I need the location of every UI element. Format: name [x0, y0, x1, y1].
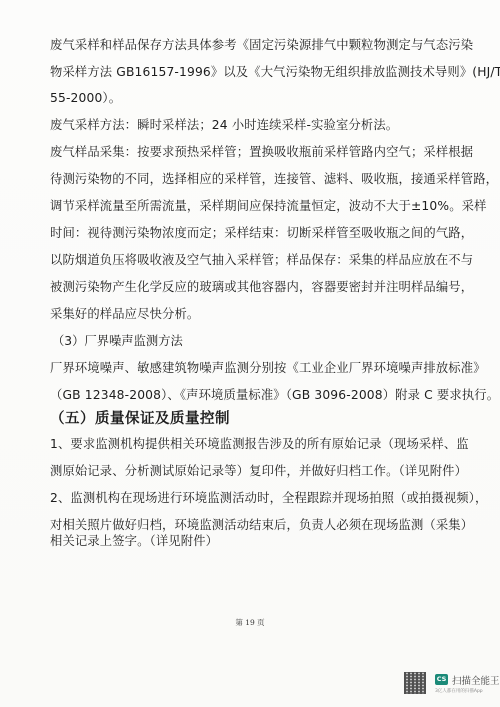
text-line: 相关记录上签字。（详见附件） — [50, 533, 218, 549]
subsection-heading: （3）厂界噪声监测方法 — [52, 333, 183, 349]
text-line: 采集好的样品应尽快分析。 — [50, 306, 199, 322]
text-line: 废气采样方法：瞬时采样法；24 小时连续采样-实验室分析法。 — [50, 117, 398, 133]
section-heading: （五）质量保证及质量控制 — [50, 410, 230, 428]
text-line: 被测污染物产生化学反应的玻璃或其他容器内，容器要密封并注明样品编号， — [50, 279, 473, 295]
text-line: 测原始记录、分析测试原始记录等）复印件，并做好归档工作。（详见附件） — [50, 463, 467, 479]
text-line: 对相关照片做好归档，环境监测活动结束后，负责人必须在现场监测（采集） — [50, 517, 473, 533]
text-line: 物采样方法 GB16157-1996》以及《大气污染物无组织排放监测技术导则》(… — [50, 64, 500, 80]
text-line: 以防烟道负压将吸收液及空气抽入采样管；样品保存：采集的样品应放在不与 — [50, 252, 473, 268]
text-line: 调节采样流量至所需流量，采样期间应保持流量恒定，波动不大于±10%。采样 — [50, 198, 487, 214]
text-line: 废气样品采集：按要求预热采样管；置换吸收瓶前采样管路内空气；采样根据 — [50, 144, 473, 160]
document-page: 废气采样和样品保存方法具体参考《固定污染源排气中颗粒物测定与气态污染 物采样方法… — [0, 0, 500, 707]
text-line: 2、监测机构在现场进行环境监测活动时，全程跟踪并现场拍照（或拍摄视频）， — [50, 490, 487, 506]
brand-tagline: 3亿人都在用的扫描App — [435, 688, 483, 694]
text-line: 厂界环境噪声、敏感建筑物噪声监测分别按《工业企业厂界环境噪声排放标准》 — [50, 360, 486, 376]
text-line: 时间：视待测污染物浓度而定；采样结束：切断采样管至吸收瓶之间的气路， — [50, 225, 473, 241]
text-line: 1、要求监测机构提供相关环境监测报告涉及的所有原始记录（现场采样、监 — [50, 436, 469, 452]
text-line: 废气采样和样品保存方法具体参考《固定污染源排气中颗粒物测定与气态污染 — [50, 37, 473, 53]
scanner-watermark: CS 扫描全能王 3亿人都在用的扫描App — [404, 672, 500, 704]
text-line: 55-2000）。 — [50, 90, 121, 106]
page-number: 第 19 页 — [0, 617, 500, 628]
camscanner-logo-icon: CS — [435, 674, 448, 685]
brand-name: 扫描全能王 — [452, 673, 500, 687]
text-line: （GB 12348-2008）、《声环境质量标准》（GB 3096-2008）附… — [50, 387, 499, 403]
qr-code-icon — [404, 672, 426, 694]
text-line: 待测污染物的不同，选择相应的采样管，连接管、滤料、吸收瓶，接通采样管路， — [50, 171, 498, 187]
